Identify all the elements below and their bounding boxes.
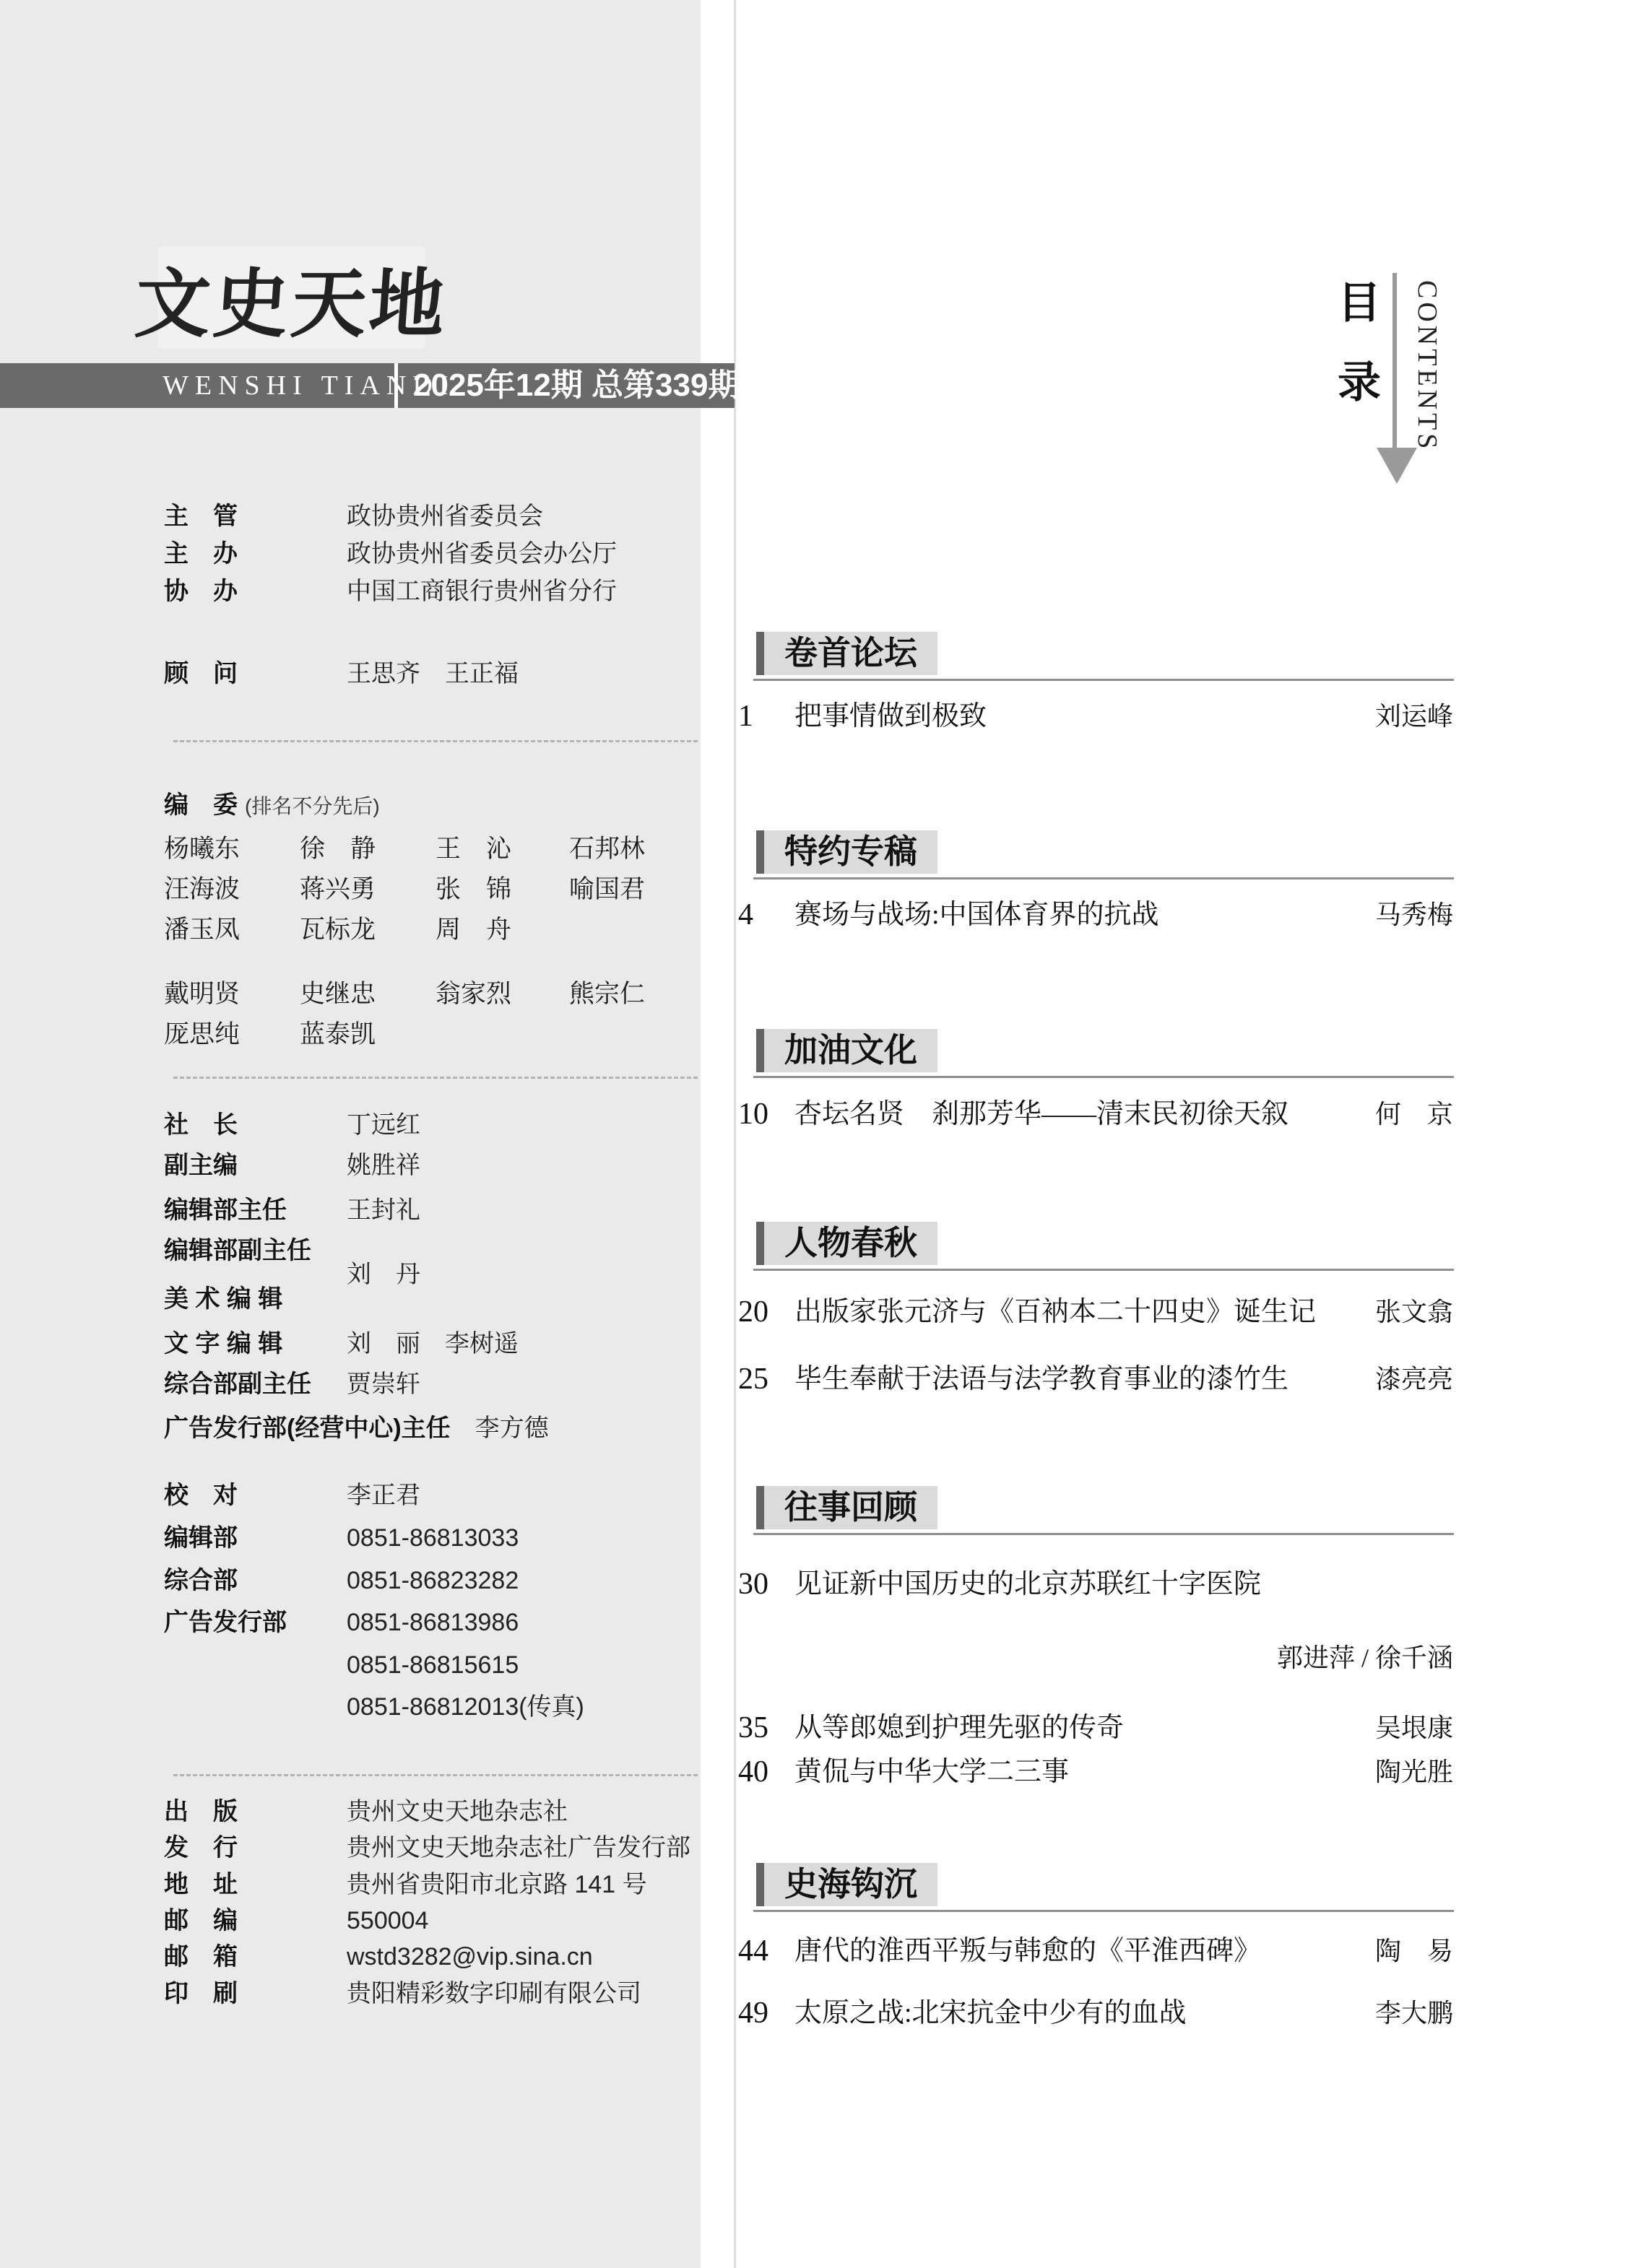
magazine-toc-page: 文史天地 WENSHI TIANDI 2025年12期 总第339期 主 管政协… <box>0 0 1646 2268</box>
row-label: 副主编 <box>164 1149 347 1182</box>
toc-item-page: 1 <box>738 699 794 734</box>
toc-item-author: 郭进萍 / 徐千涵 <box>738 1641 1453 1675</box>
toc-item: 30 见证新中国历史的北京苏联红十字医院 <box>738 1567 1453 1602</box>
issue-number: 2025年12期 总第339期 <box>413 363 740 408</box>
masthead-row: 0851-86815615 <box>164 1648 698 1682</box>
toc-item-page: 10 <box>738 1097 794 1131</box>
contents-vertical-rule <box>1392 273 1397 448</box>
board-member: 徐 静 <box>300 833 376 866</box>
toc-item-page: 40 <box>738 1755 794 1789</box>
masthead-row: 美 术 编 辑 <box>164 1282 698 1316</box>
toc-item-page: 44 <box>738 1934 794 1968</box>
masthead-row: 文 字 编 辑刘 丽 李树遥 <box>164 1327 698 1360</box>
row-value: 刘 丽 李树遥 <box>347 1330 519 1357</box>
row-label: 邮 编 <box>164 1904 347 1937</box>
dashed-separator <box>173 1774 698 1776</box>
contents-title-zh-char: 目 <box>1335 269 1384 331</box>
row-value: 政协贵州省委员会办公厅 <box>347 540 617 568</box>
masthead-row: 地 址贵州省贵阳市北京路 141 号 <box>164 1868 698 1901</box>
section-accent-bar <box>756 1222 764 1265</box>
row-value: wstd3282@vip.sina.cn <box>347 1943 593 1971</box>
masthead-row: 广告发行部(经营中心)主任李方德 <box>164 1412 698 1445</box>
dashed-separator <box>173 1077 698 1079</box>
board-member: 厐思纯 <box>164 1018 240 1051</box>
section-rule <box>753 1269 1454 1271</box>
masthead-row: 主 管政协贵州省委员会 <box>164 500 698 533</box>
toc-item-title: 赛场与战场:中国体育界的抗战 <box>794 898 1375 932</box>
toc-section-header: 史海钩沉 <box>756 1863 937 1906</box>
down-arrow-icon <box>1377 448 1417 484</box>
row-value: 政协贵州省委员会 <box>347 503 543 530</box>
toc-item-page: 4 <box>738 898 794 932</box>
toc-item-title: 把事情做到极致 <box>794 699 1375 734</box>
board-member: 汪海波 <box>164 873 240 906</box>
masthead-row: 综合部副主任贾崇轩 <box>164 1368 698 1401</box>
row-value: 贵阳精彩数字印刷有限公司 <box>347 1980 641 2007</box>
masthead-row: 顾 问王思齐 王正福 <box>164 657 698 690</box>
magazine-pinyin: WENSHI TIANDI <box>163 363 454 408</box>
masthead-row: 发 行贵州文史天地杂志社广告发行部 <box>164 1831 698 1864</box>
row-value: 0851-86823282 <box>347 1567 519 1594</box>
row-label: 校 对 <box>164 1479 347 1512</box>
toc-item-author: 李大鹏 <box>1375 1996 1453 2030</box>
toc-section-header: 卷首论坛 <box>756 632 937 675</box>
toc-item: 44 唐代的淮西平叛与韩愈的《平淮西碑》 陶 易 <box>738 1934 1453 1968</box>
masthead-row: 广告发行部0851-86813986 <box>164 1606 698 1639</box>
board-note: (排名不分先后) <box>245 795 380 817</box>
board-member: 石邦林 <box>569 833 645 866</box>
toc-item-author: 陶 易 <box>1375 1934 1453 1968</box>
magazine-logo: 文史天地 <box>132 243 452 352</box>
issue-bar: WENSHI TIANDI 2025年12期 总第339期 <box>0 363 735 408</box>
board-member: 蒋兴勇 <box>300 873 376 906</box>
contents-title-en: CONTENTS <box>1411 280 1443 456</box>
section-accent-bar <box>756 830 764 874</box>
section-title: 往事回顾 <box>764 1486 937 1529</box>
section-title: 加油文化 <box>764 1029 937 1072</box>
issue-bar-divider <box>394 363 398 408</box>
row-value: 贵州省贵阳市北京路 141 号 <box>347 1871 647 1898</box>
row-value: 贾崇轩 <box>347 1370 420 1398</box>
section-accent-bar <box>756 1029 764 1072</box>
board-member: 蓝泰凯 <box>300 1018 376 1051</box>
toc-item-title: 从等郎媳到护理先驱的传奇 <box>794 1711 1375 1745</box>
toc-item-page: 25 <box>738 1362 794 1396</box>
row-value: 550004 <box>347 1907 428 1934</box>
masthead-row: 协 办中国工商银行贵州省分行 <box>164 575 698 608</box>
row-value: 0851-86813033 <box>347 1524 519 1552</box>
row-value: 0851-86815615 <box>347 1651 519 1679</box>
toc-item-author: 何 京 <box>1375 1097 1453 1131</box>
row-value: 李方德 <box>475 1415 549 1442</box>
row-label: 邮 箱 <box>164 1940 347 1973</box>
row-label: 广告发行部(经营中心)主任 <box>164 1412 451 1445</box>
toc-item: 40 黄侃与中华大学二三事 陶光胜 <box>738 1755 1453 1789</box>
section-title: 特约专稿 <box>764 830 937 874</box>
toc-item: 20 出版家张元济与《百衲本二十四史》诞生记 张文翕 <box>738 1295 1453 1329</box>
toc-item-title: 黄侃与中华大学二三事 <box>794 1755 1375 1789</box>
masthead-row: 邮 箱wstd3282@vip.sina.cn <box>164 1940 698 1973</box>
dashed-separator <box>173 740 698 742</box>
row-value: 0851-86812013(传真) <box>347 1693 584 1721</box>
section-title: 卷首论坛 <box>764 632 937 675</box>
toc-item-page: 49 <box>738 1996 794 2030</box>
masthead-row: 校 对李正君 <box>164 1479 698 1512</box>
toc-item-title: 出版家张元济与《百衲本二十四史》诞生记 <box>794 1295 1375 1329</box>
section-rule <box>753 1910 1454 1912</box>
toc-item-author: 漆亮亮 <box>1375 1362 1453 1396</box>
page-fold-line <box>734 0 736 2268</box>
toc-section-header: 特约专稿 <box>756 830 937 874</box>
row-label: 编辑部 <box>164 1521 347 1555</box>
row-value: 中国工商银行贵州省分行 <box>347 578 617 605</box>
toc-item-author: 吴垠康 <box>1375 1711 1453 1745</box>
toc-item-page: 20 <box>738 1295 794 1329</box>
toc-item-title: 杏坛名贤 刹那芳华——清末民初徐天叙 <box>794 1097 1375 1131</box>
row-label: 出 版 <box>164 1795 347 1828</box>
board-member: 潘玉凤 <box>164 913 240 947</box>
toc-item-title: 唐代的淮西平叛与韩愈的《平淮西碑》 <box>794 1934 1375 1968</box>
row-value: 丁远红 <box>347 1111 420 1139</box>
row-label: 协 办 <box>164 575 347 608</box>
row-label: 发 行 <box>164 1831 347 1864</box>
row-label: 主 管 <box>164 500 347 533</box>
board-member: 翁家烈 <box>436 978 511 1011</box>
masthead-row: 副主编姚胜祥 <box>164 1149 698 1182</box>
board-member: 熊宗仁 <box>569 978 645 1011</box>
section-rule <box>753 679 1454 681</box>
toc-item-author: 陶光胜 <box>1375 1755 1453 1789</box>
row-label: 顾 问 <box>164 657 347 690</box>
section-accent-bar <box>756 1486 764 1529</box>
masthead-row: 社 长丁远红 <box>164 1108 698 1142</box>
row-value: 贵州文史天地杂志社广告发行部 <box>347 1834 690 1861</box>
toc-item: 10 杏坛名贤 刹那芳华——清末民初徐天叙 何 京 <box>738 1097 1453 1131</box>
masthead-row: 编辑部主任王封礼 <box>164 1194 698 1227</box>
board-member: 张 锦 <box>436 873 511 906</box>
row-value: 李正君 <box>347 1482 420 1509</box>
row-label: 美 术 编 辑 <box>164 1282 347 1316</box>
toc-item-author: 马秀梅 <box>1375 898 1453 932</box>
magazine-logo-box: 文史天地 <box>157 247 426 348</box>
row-value: 贵州文史天地杂志社 <box>347 1798 568 1825</box>
row-label: 综合部 <box>164 1564 347 1597</box>
toc-item-title: 毕生奉献于法语与法学教育事业的漆竹生 <box>794 1362 1375 1396</box>
masthead-row: 出 版贵州文史天地杂志社 <box>164 1795 698 1828</box>
toc-item: 49 太原之战:北宋抗金中少有的血战 李大鹏 <box>738 1996 1453 2030</box>
toc-section-header: 往事回顾 <box>756 1486 937 1529</box>
section-rule <box>753 877 1454 879</box>
toc-item: 35 从等郎媳到护理先驱的传奇 吴垠康 <box>738 1711 1453 1745</box>
board-member: 喻国君 <box>569 873 645 906</box>
masthead-row: 主 办政协贵州省委员会办公厅 <box>164 537 698 570</box>
row-value: 王封礼 <box>347 1196 420 1224</box>
toc-section-header: 加油文化 <box>756 1029 937 1072</box>
board-member: 瓦标龙 <box>300 913 376 947</box>
row-value: 王思齐 王正福 <box>347 660 519 687</box>
board-member: 周 舟 <box>436 913 511 947</box>
masthead-row: 印 刷贵阳精彩数字印刷有限公司 <box>164 1977 698 2010</box>
row-label: 主 办 <box>164 537 347 570</box>
section-title: 人物春秋 <box>764 1222 937 1265</box>
section-accent-bar <box>756 632 764 675</box>
masthead-row: 邮 编550004 <box>164 1904 698 1937</box>
section-title: 史海钩沉 <box>764 1863 937 1906</box>
masthead-row: 0851-86812013(传真) <box>164 1690 698 1724</box>
row-label: 编辑部主任 <box>164 1194 347 1227</box>
toc-item-page: 30 <box>738 1567 794 1602</box>
toc-item: 4 赛场与战场:中国体育界的抗战 马秀梅 <box>738 898 1453 932</box>
toc-item-title: 见证新中国历史的北京苏联红十字医院 <box>794 1567 1453 1602</box>
row-value: 姚胜祥 <box>347 1152 420 1179</box>
toc-section-header: 人物春秋 <box>756 1222 937 1265</box>
toc-item: 25 毕生奉献于法语与法学教育事业的漆竹生 漆亮亮 <box>738 1362 1453 1396</box>
masthead-row: 编辑部0851-86813033 <box>164 1521 698 1555</box>
row-label: 印 刷 <box>164 1977 347 2010</box>
row-label: 广告发行部 <box>164 1606 347 1639</box>
row-label: 文 字 编 辑 <box>164 1327 347 1360</box>
toc-item-author: 刘运峰 <box>1375 699 1453 734</box>
board-member: 杨曦东 <box>164 833 240 866</box>
row-label: 编 委 <box>164 788 238 822</box>
row-label: 社 长 <box>164 1108 347 1142</box>
toc-item: 1 把事情做到极致 刘运峰 <box>738 699 1453 734</box>
contents-title-zh-char: 录 <box>1335 348 1384 410</box>
row-label: 综合部副主任 <box>164 1368 347 1401</box>
row-value: 0851-86813986 <box>347 1609 519 1636</box>
section-rule <box>753 1076 1454 1078</box>
editorial-board-header: 编 委(排名不分先后) <box>164 788 698 822</box>
board-member: 戴明贤 <box>164 978 240 1011</box>
toc-item-page: 35 <box>738 1711 794 1745</box>
row-label: 地 址 <box>164 1868 347 1901</box>
toc-item-title: 太原之战:北宋抗金中少有的血战 <box>794 1996 1375 2030</box>
section-rule <box>753 1533 1454 1535</box>
board-member: 王 沁 <box>436 833 511 866</box>
board-member: 史继忠 <box>300 978 376 1011</box>
section-accent-bar <box>756 1863 764 1906</box>
masthead-row: 综合部0851-86823282 <box>164 1564 698 1597</box>
toc-item-author: 张文翕 <box>1375 1295 1453 1329</box>
